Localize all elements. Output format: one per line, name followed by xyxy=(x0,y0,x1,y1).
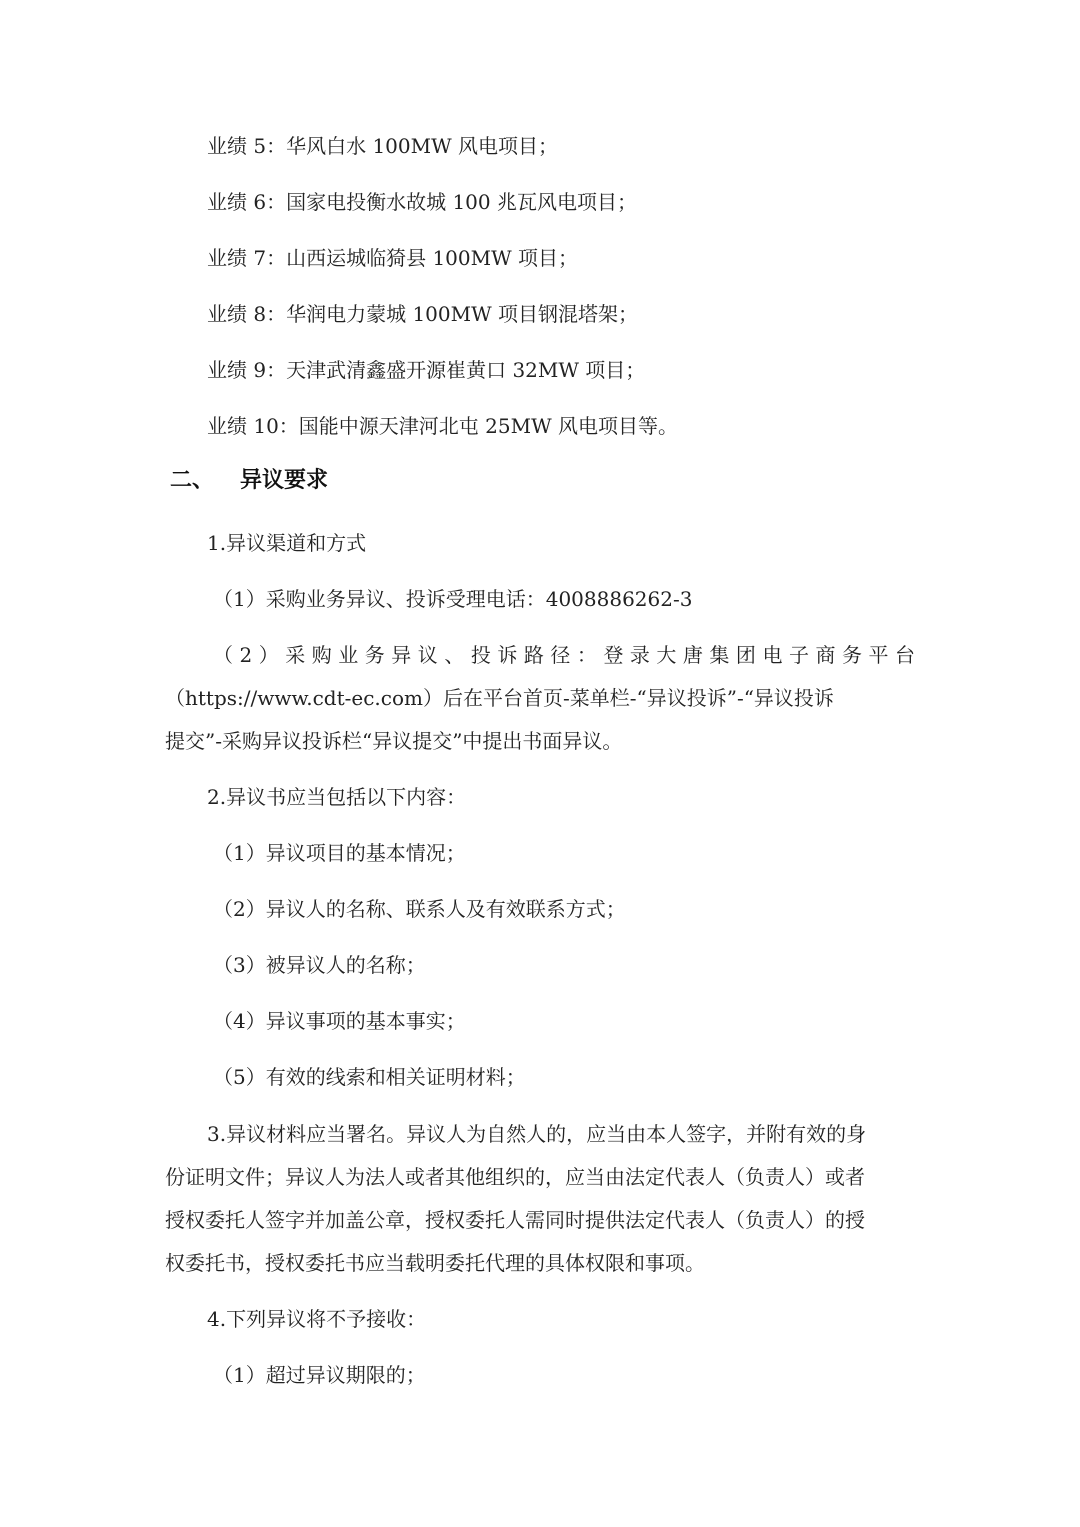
paragraph-line: 授权委托人签字并加盖公章，授权委托人需同时提供法定代表人（负责人）的授 xyxy=(165,1206,865,1234)
section-title: 异议要求 xyxy=(240,468,328,493)
document-page: 业绩 5：华风白水 100MW 风电项目； 业绩 6：国家电投衡水故城 100 … xyxy=(0,0,1080,1527)
performance-item: 业绩 8：华润电力蒙城 100MW 项目钢混塔架； xyxy=(207,300,638,328)
performance-item: 业绩 9：天津武清鑫盛开源崔黄口 32MW 项目； xyxy=(207,356,645,384)
subsection-title: 2.异议书应当包括以下内容： xyxy=(207,783,466,811)
subsection-title: 4.下列异议将不予接收： xyxy=(207,1305,426,1333)
subsection-title: 1.异议渠道和方式 xyxy=(207,529,366,557)
list-item: （1）采购业务异议、投诉受理电话：4008886262-3 xyxy=(213,585,692,613)
paragraph-line: 提交”-采购异议投诉栏“异议提交”中提出书面异议。 xyxy=(165,727,622,755)
list-item: （2）异议人的名称、联系人及有效联系方式； xyxy=(213,895,626,923)
section-number: 二、 xyxy=(170,466,240,496)
section-heading: 二、异议要求 xyxy=(170,466,328,496)
performance-item: 业绩 5：华风白水 100MW 风电项目； xyxy=(207,132,558,160)
performance-item: 业绩 7：山西运城临猗县 100MW 项目； xyxy=(207,244,578,272)
paragraph-line: （https://www.cdt-ec.com）后在平台首页-菜单栏-“异议投诉… xyxy=(165,684,834,712)
list-item: （3）被异议人的名称； xyxy=(213,951,426,979)
list-item: （1）超过异议期限的； xyxy=(213,1361,426,1389)
list-item: （5）有效的线索和相关证明材料； xyxy=(213,1063,526,1091)
paragraph-line: （2）采购业务异议、投诉路径：登录大唐集团电子商务平台 xyxy=(213,641,915,669)
performance-item: 业绩 10：国能中源天津河北屯 25MW 风电项目等。 xyxy=(207,412,678,440)
paragraph-line: 权委托书，授权委托书应当载明委托代理的具体权限和事项。 xyxy=(165,1249,705,1277)
performance-item: 业绩 6：国家电投衡水故城 100 兆瓦风电项目； xyxy=(207,188,637,216)
list-item: （1）异议项目的基本情况； xyxy=(213,839,466,867)
paragraph-line: 份证明文件；异议人为法人或者其他组织的，应当由法定代表人（负责人）或者 xyxy=(165,1163,865,1191)
list-item: （4）异议事项的基本事实； xyxy=(213,1007,466,1035)
paragraph-line: 3.异议材料应当署名。异议人为自然人的，应当由本人签字，并附有效的身 xyxy=(207,1120,866,1148)
